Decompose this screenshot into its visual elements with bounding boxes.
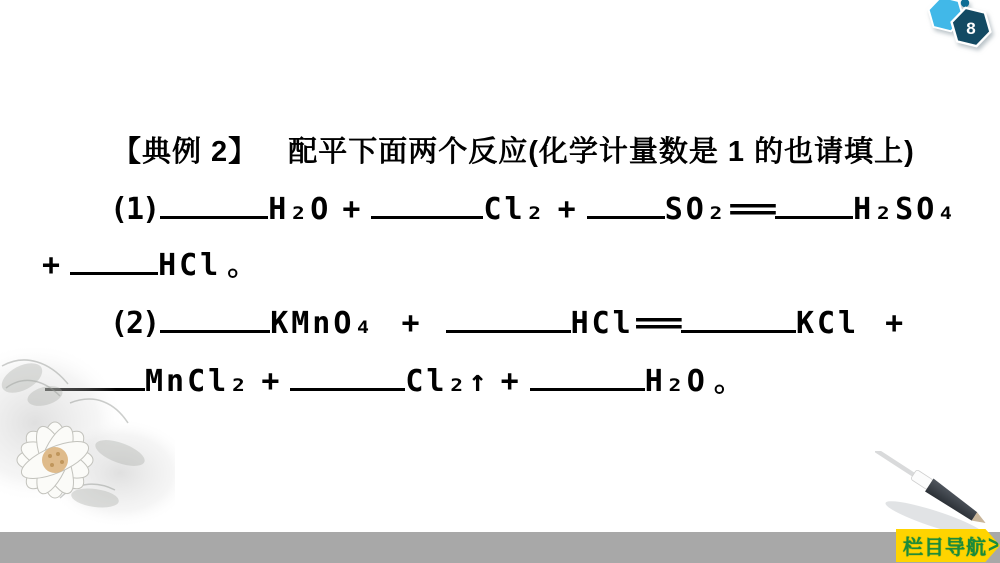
- answer-blank: [446, 319, 571, 333]
- page-number: 8: [966, 19, 975, 38]
- answer-blank: [530, 377, 645, 391]
- answer-blank: [587, 205, 665, 219]
- plus-sign: +: [885, 306, 903, 342]
- plus-sign: +: [501, 364, 519, 400]
- formula-h2so4: H₂SO₄: [853, 192, 958, 228]
- formula-hcl: HCl: [158, 248, 221, 284]
- equation-1-line-1: (1)H₂O+Cl₂+SO₂===H₂SO₄: [110, 192, 958, 228]
- slide-title: 【典例 2】配平下面两个反应(化学计量数是 1 的也请填上): [112, 129, 915, 170]
- plus-sign: +: [261, 364, 279, 400]
- equation-2-line-1: (2)KMnO₄+HCl===KCl+: [110, 306, 929, 342]
- item-label-1: (1): [110, 192, 158, 228]
- example-tag: 【典例 2】: [112, 136, 258, 168]
- answer-blank: [681, 319, 796, 333]
- period: 。: [714, 364, 744, 400]
- plus-sign: +: [558, 192, 576, 228]
- formula-so2: SO₂: [665, 192, 728, 228]
- formula-kcl: KCl: [796, 306, 859, 342]
- pen-decoration: [875, 451, 1000, 537]
- hexagon-badge-icon: 8: [924, 0, 996, 54]
- slide: 8 【典例 2】配平下面两个反应(化学计量数是 1 的也请填上) (1)H₂O+…: [0, 0, 1000, 563]
- plus-sign: +: [342, 192, 360, 228]
- answer-blank: [290, 377, 405, 391]
- equation-1-line-2: +HCl。: [42, 248, 257, 284]
- plus-sign: +: [402, 306, 420, 342]
- period: 。: [227, 248, 257, 284]
- formula-cl2: Cl₂: [483, 192, 546, 228]
- formula-h2o: H₂O: [645, 364, 708, 400]
- formula-h2o: H₂O: [268, 192, 331, 228]
- title-text: 配平下面两个反应(化学计量数是 1 的也请填上): [288, 136, 915, 168]
- nav-button[interactable]: 栏目导航 >: [896, 529, 1000, 562]
- formula-cl2-gas: Cl₂↑: [405, 364, 489, 400]
- formula-kmno4: KMnO₄: [270, 306, 375, 342]
- footer-bar: [0, 532, 1000, 563]
- formula-hcl: HCl: [571, 306, 634, 342]
- answer-blank: [371, 205, 483, 219]
- lotus-flower-decoration: [0, 348, 175, 533]
- page-number-badge: 8: [924, 0, 996, 54]
- answer-blank: [160, 319, 270, 333]
- answer-blank: [775, 205, 853, 219]
- equals-sign: ===: [729, 192, 774, 228]
- equals-sign: ===: [635, 306, 680, 342]
- lotus-petals: [17, 422, 93, 498]
- item-label-2: (2): [110, 306, 158, 342]
- nav-button-label: 栏目导航: [903, 531, 987, 560]
- answer-blank: [160, 205, 268, 219]
- badge-dot-icon: [961, 0, 969, 7]
- plus-sign: +: [42, 248, 60, 284]
- answer-blank: [70, 261, 158, 275]
